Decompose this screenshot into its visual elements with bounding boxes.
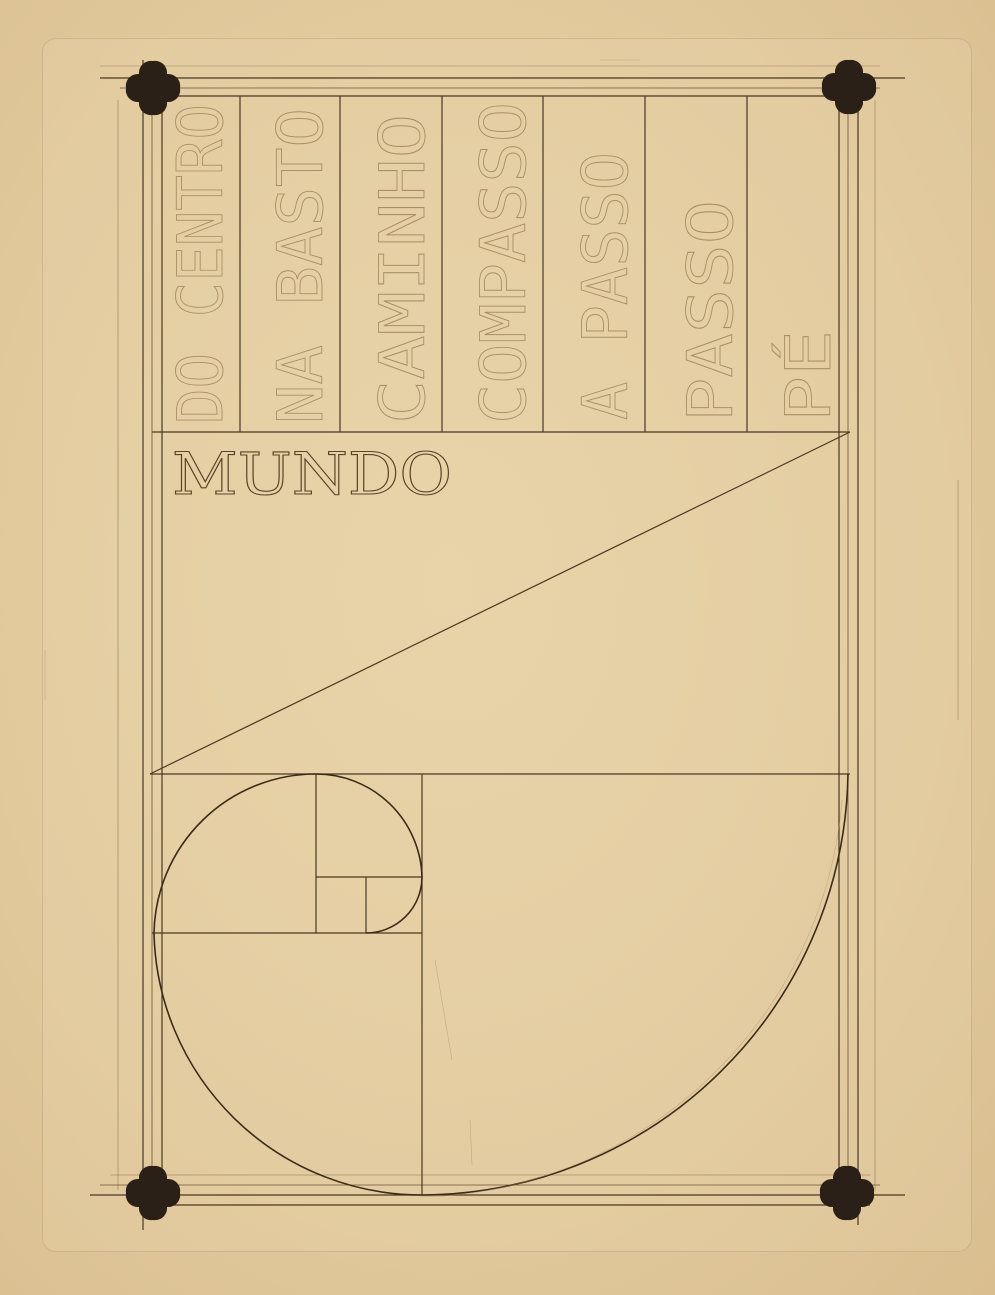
etching-drawing: DO CENTRO NA BASTO CAMINHO COMPASSO A PA… xyxy=(0,0,995,1295)
etching-paper: DO CENTRO NA BASTO CAMINHO COMPASSO A PA… xyxy=(0,0,995,1295)
column-word: CAMINHO xyxy=(366,114,439,424)
quatrefoil-icon xyxy=(126,1166,180,1220)
column-word: A PASSO xyxy=(569,152,642,420)
column-word: PÉ xyxy=(772,330,845,422)
quatrefoil-icon xyxy=(820,1166,874,1220)
column-word: PASSO xyxy=(674,200,747,422)
golden-spiral xyxy=(154,774,848,1197)
quatrefoil-icon xyxy=(822,60,876,114)
mundo-word: MUNDO xyxy=(172,440,452,508)
column-word: NA BASTO xyxy=(264,108,337,424)
column-word: DO CENTRO xyxy=(164,104,237,424)
golden-squares xyxy=(152,774,422,1195)
column-words: DO CENTRO NA BASTO CAMINHO COMPASSO A PA… xyxy=(164,102,845,424)
column-word: COMPASSO xyxy=(467,102,540,424)
